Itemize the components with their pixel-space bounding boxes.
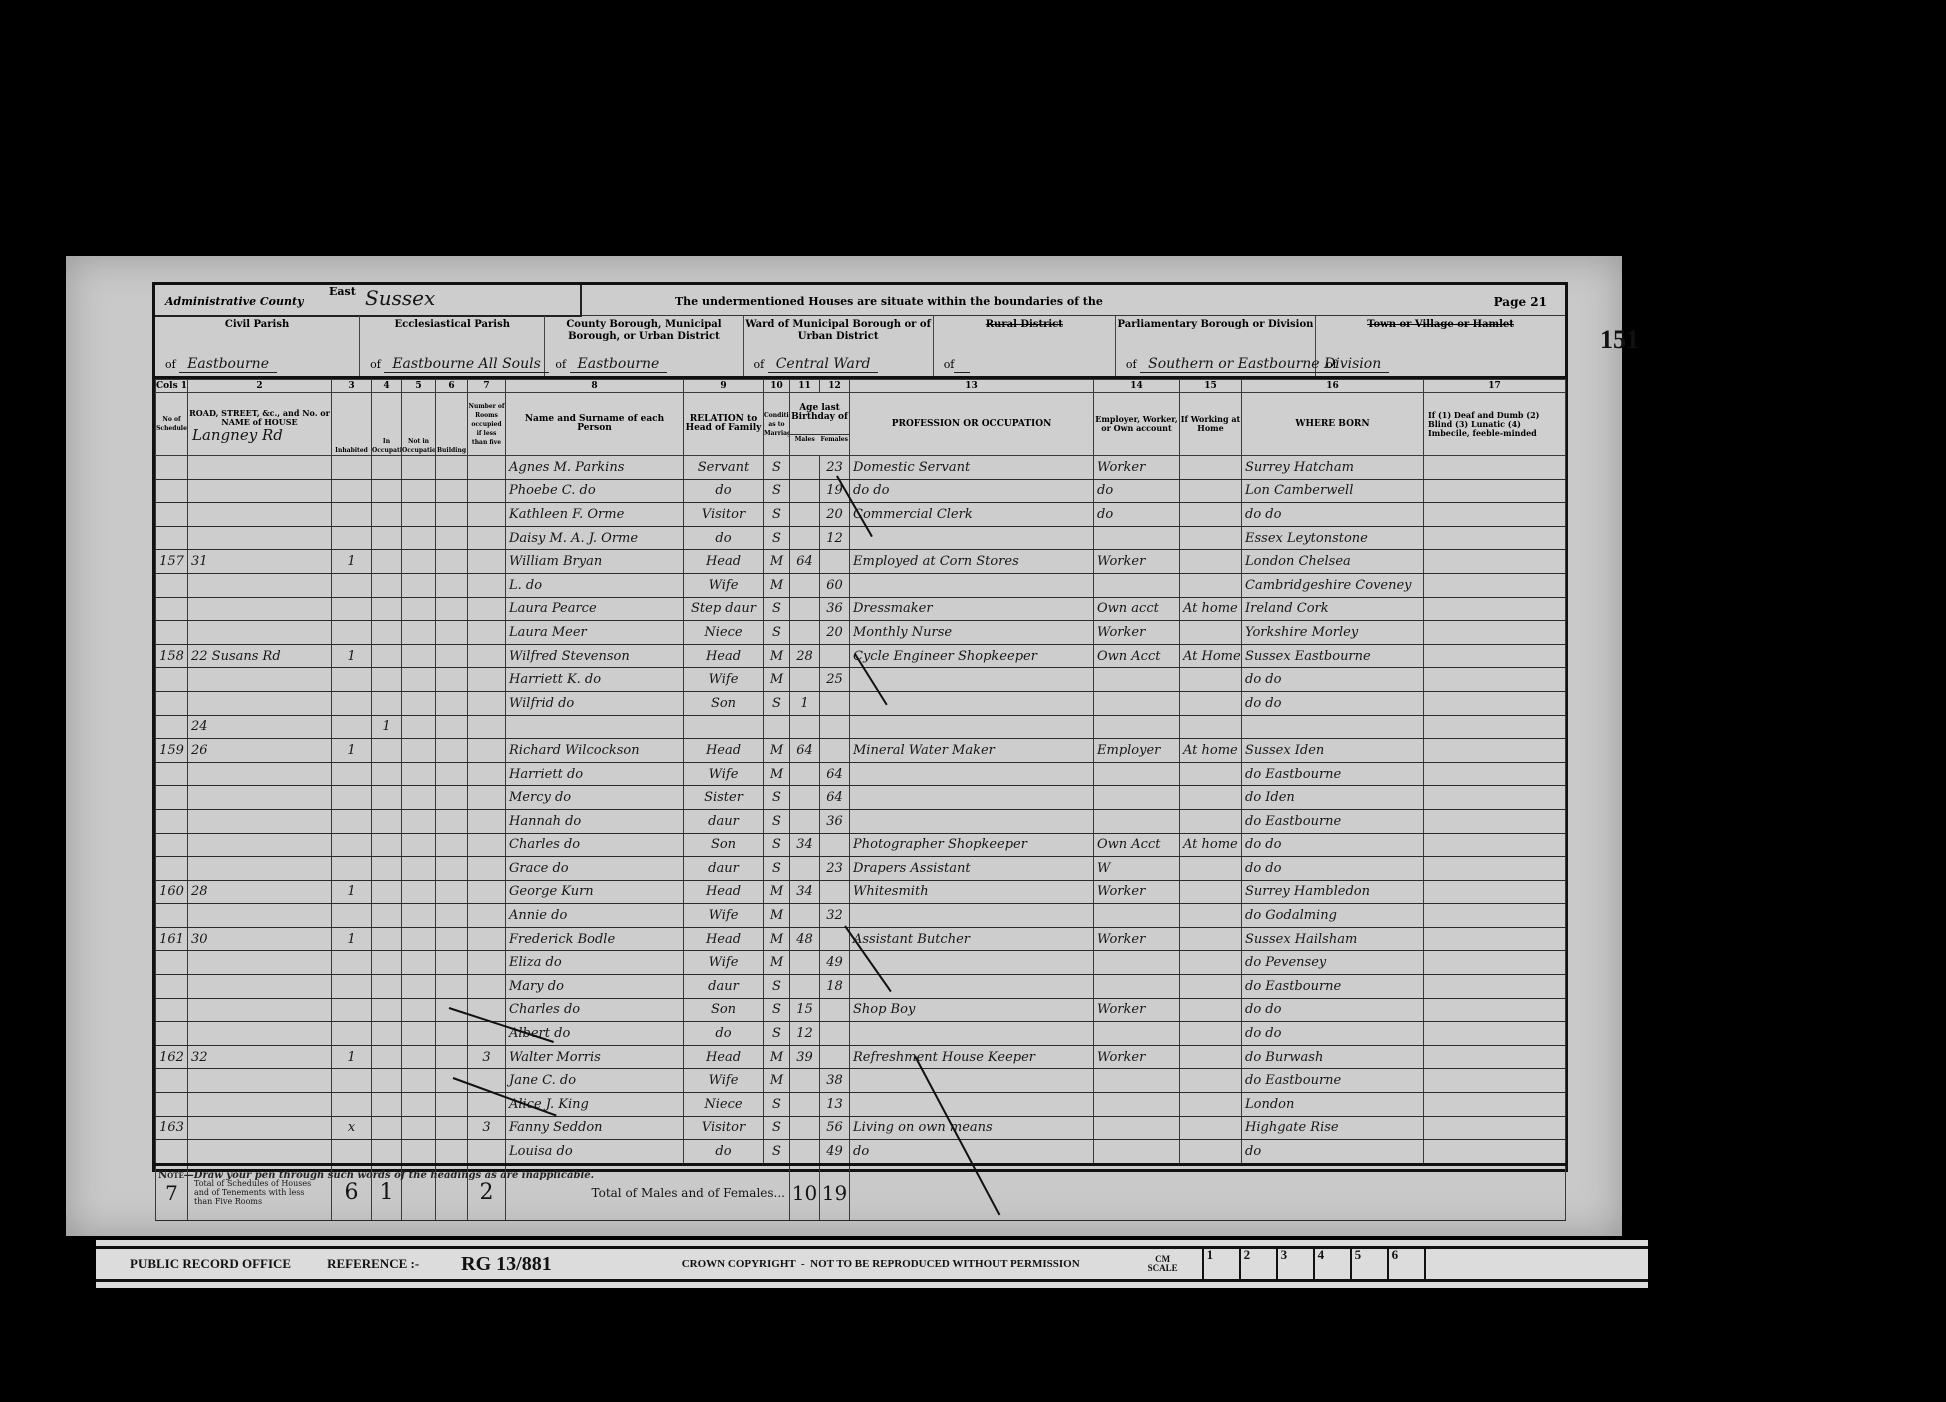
- cell-x5: [402, 951, 436, 975]
- cell-address: [188, 668, 332, 692]
- col-road: ROAD, STREET, &c., and No. or NAME of HO…: [188, 393, 332, 456]
- cell-x5: [402, 739, 436, 763]
- cell-born: Surrey Hambledon: [1242, 880, 1424, 904]
- cell-x5: [402, 975, 436, 999]
- cell-home: [1180, 857, 1242, 881]
- cell-inh: [332, 1140, 372, 1165]
- total-females: 19: [820, 1164, 850, 1220]
- cell-sched: [156, 715, 188, 739]
- cell-born: Ireland Cork: [1242, 597, 1424, 621]
- cell-relation: Head: [684, 880, 764, 904]
- cell-name: Louisa do: [506, 1140, 684, 1165]
- cell-address: [188, 786, 332, 810]
- cell-address: [188, 809, 332, 833]
- cell-x5: [402, 621, 436, 645]
- cell-x5: [402, 1116, 436, 1140]
- cell-infirm: [1424, 762, 1566, 786]
- cell-rooms: [468, 1140, 506, 1165]
- cell-relation: do: [684, 526, 764, 550]
- cell-sched: 158: [156, 644, 188, 668]
- division-value: Eastbourne: [570, 356, 668, 373]
- cell-relation: daur: [684, 857, 764, 881]
- cell-x6: [436, 715, 468, 739]
- note-prefix: Note—: [158, 1170, 194, 1181]
- cell-male: [790, 503, 820, 527]
- col-relation: RELATION to Head of Family: [684, 393, 764, 456]
- cell-x5: [402, 927, 436, 951]
- cell-employer: [1094, 715, 1180, 739]
- cell-cond: S: [764, 975, 790, 999]
- division-of-label: of: [165, 358, 176, 371]
- cell-name: Richard Wilcockson: [506, 739, 684, 763]
- cell-address: [188, 1116, 332, 1140]
- cell-x6: [436, 857, 468, 881]
- cell-cond: M: [764, 668, 790, 692]
- cell-born: London: [1242, 1093, 1424, 1117]
- cell-x6: [436, 597, 468, 621]
- cell-female: [820, 998, 850, 1022]
- cell-sched: [156, 1069, 188, 1093]
- cell-name: Annie do: [506, 904, 684, 928]
- cell-x5: [402, 998, 436, 1022]
- cell-cond: S: [764, 1140, 790, 1165]
- cell-employer: Own Acct: [1094, 833, 1180, 857]
- cell-cond: S: [764, 479, 790, 503]
- cell-address: 26: [188, 739, 332, 763]
- cell-employer: do: [1094, 503, 1180, 527]
- cell-rooms: [468, 786, 506, 810]
- cell-female: 60: [820, 573, 850, 597]
- cell-occupation: Whitesmith: [850, 880, 1094, 904]
- column-number: 12: [820, 380, 850, 393]
- cell-unocc: [372, 597, 402, 621]
- cell-x6: [436, 479, 468, 503]
- division-heading: Rural District: [934, 316, 1115, 331]
- cell-rooms: [468, 479, 506, 503]
- admin-county-label: Administrative County: [165, 295, 303, 308]
- cell-x6: [436, 739, 468, 763]
- cell-born: do Eastbourne: [1242, 809, 1424, 833]
- cell-rooms: [468, 904, 506, 928]
- cell-rooms: [468, 691, 506, 715]
- cell-address: [188, 573, 332, 597]
- cell-home: [1180, 998, 1242, 1022]
- cell-occupation: [850, 786, 1094, 810]
- cell-name: Hannah do: [506, 809, 684, 833]
- cell-male: 64: [790, 550, 820, 574]
- cell-inh: [332, 1069, 372, 1093]
- cell-relation: Visitor: [684, 503, 764, 527]
- column-number: 6: [436, 380, 468, 393]
- cell-relation: Wife: [684, 668, 764, 692]
- census-row: Agnes M. ParkinsServantS23Domestic Serva…: [156, 456, 1566, 480]
- cell-male: [790, 762, 820, 786]
- cell-occupation: [850, 904, 1094, 928]
- cell-rooms: 3: [468, 1045, 506, 1069]
- cell-employer: [1094, 573, 1180, 597]
- col-employer: Employer, Worker, or Own account: [1094, 393, 1180, 456]
- cell-male: [790, 1069, 820, 1093]
- cell-x5: [402, 550, 436, 574]
- cell-employer: [1094, 1093, 1180, 1117]
- cell-male: [790, 1140, 820, 1165]
- cell-unocc: [372, 621, 402, 645]
- cell-inh: [332, 833, 372, 857]
- scale-box: 2: [1239, 1247, 1276, 1281]
- cell-x6: [436, 809, 468, 833]
- cell-occupation: [850, 762, 1094, 786]
- cell-unocc: [372, 951, 402, 975]
- cell-address: 22 Susans Rd: [188, 644, 332, 668]
- cell-female: [820, 715, 850, 739]
- cell-home: At home: [1180, 739, 1242, 763]
- cell-relation: Niece: [684, 621, 764, 645]
- cell-male: [790, 479, 820, 503]
- cell-home: [1180, 526, 1242, 550]
- census-row: 241: [156, 715, 1566, 739]
- cell-sched: [156, 573, 188, 597]
- cell-unocc: 1: [372, 715, 402, 739]
- cell-born: Essex Leytonstone: [1242, 526, 1424, 550]
- cell-infirm: [1424, 644, 1566, 668]
- census-row: Annie doWifeM32do Godalming: [156, 904, 1566, 928]
- cell-born: do do: [1242, 998, 1424, 1022]
- cell-address: [188, 1140, 332, 1165]
- cell-relation: Son: [684, 998, 764, 1022]
- cell-male: [790, 1116, 820, 1140]
- cell-home: [1180, 691, 1242, 715]
- cell-cond: S: [764, 1093, 790, 1117]
- cell-sched: [156, 951, 188, 975]
- cell-infirm: [1424, 786, 1566, 810]
- cell-cond: M: [764, 1045, 790, 1069]
- cell-x6: [436, 526, 468, 550]
- cell-address: [188, 1069, 332, 1093]
- cell-born: do: [1242, 1140, 1424, 1165]
- cell-sched: [156, 1093, 188, 1117]
- division-of-label: of: [1126, 358, 1137, 371]
- cell-address: [188, 1022, 332, 1046]
- cell-infirm: [1424, 998, 1566, 1022]
- cell-unocc: [372, 1116, 402, 1140]
- cell-occupation: Dressmaker: [850, 597, 1094, 621]
- cell-sched: 159: [156, 739, 188, 763]
- cell-infirm: [1424, 715, 1566, 739]
- cell-employer: Employer: [1094, 739, 1180, 763]
- cell-x6: [436, 573, 468, 597]
- cell-male: [790, 597, 820, 621]
- cell-inh: [332, 526, 372, 550]
- cell-sched: [156, 833, 188, 857]
- cell-male: [790, 526, 820, 550]
- cell-male: [790, 456, 820, 480]
- division-3: Ward of Municipal Borough or of Urban Di…: [744, 316, 934, 376]
- cell-employer: Own acct: [1094, 597, 1180, 621]
- cell-x6: [436, 1022, 468, 1046]
- cell-cond: S: [764, 809, 790, 833]
- cell-relation: daur: [684, 975, 764, 999]
- cell-rooms: [468, 833, 506, 857]
- col-condition: Condition as to Marriage: [764, 393, 790, 456]
- cell-unocc: [372, 927, 402, 951]
- cell-employer: [1094, 1022, 1180, 1046]
- cell-employer: [1094, 668, 1180, 692]
- cell-relation: Head: [684, 644, 764, 668]
- cell-name: William Bryan: [506, 550, 684, 574]
- cell-infirm: [1424, 691, 1566, 715]
- cell-occupation: [850, 1022, 1094, 1046]
- division-4: Rural Districtof: [934, 316, 1116, 376]
- cell-born: Cambridgeshire Coveney: [1242, 573, 1424, 597]
- cell-male: [790, 1093, 820, 1117]
- footer-copyright: CROWN COPYRIGHT - NOT TO BE REPRODUCED W…: [682, 1258, 1080, 1270]
- cell-male: [790, 715, 820, 739]
- cell-cond: S: [764, 857, 790, 881]
- cell-female: 56: [820, 1116, 850, 1140]
- cell-born: do Eastbourne: [1242, 1069, 1424, 1093]
- cell-name: Harriett do: [506, 762, 684, 786]
- cell-x5: [402, 526, 436, 550]
- cell-sched: 162: [156, 1045, 188, 1069]
- cell-inh: x: [332, 1116, 372, 1140]
- cell-address: [188, 857, 332, 881]
- division-of-label: of: [1326, 358, 1337, 371]
- column-number: 14: [1094, 380, 1180, 393]
- col-not-in-occupation: Not in Occupation: [402, 393, 436, 456]
- cell-relation: Wife: [684, 573, 764, 597]
- cell-rooms: [468, 809, 506, 833]
- col-where-born: WHERE BORN: [1242, 393, 1424, 456]
- census-row: L. doWifeM60Cambridgeshire Coveney: [156, 573, 1566, 597]
- cell-home: [1180, 456, 1242, 480]
- column-number: 5: [402, 380, 436, 393]
- cell-x6: [436, 880, 468, 904]
- cell-home: At Home: [1180, 644, 1242, 668]
- census-row: Charles doSonS34Photographer ShopkeeperO…: [156, 833, 1566, 857]
- cell-born: do do: [1242, 503, 1424, 527]
- census-row: Laura MeerNieceS20Monthly NurseWorkerYor…: [156, 621, 1566, 645]
- cm-scale: 123456: [1190, 1247, 1493, 1281]
- cell-name: Frederick Bodle: [506, 927, 684, 951]
- cell-home: [1180, 573, 1242, 597]
- cell-born: Surrey Hatcham: [1242, 456, 1424, 480]
- cell-employer: [1094, 786, 1180, 810]
- cell-x5: [402, 597, 436, 621]
- cell-inh: [332, 904, 372, 928]
- cell-female: 20: [820, 503, 850, 527]
- scale-box: 6: [1387, 1247, 1424, 1281]
- cell-x5: [402, 668, 436, 692]
- census-row: 157311William BryanHeadM64Employed at Co…: [156, 550, 1566, 574]
- cell-cond: M: [764, 880, 790, 904]
- cell-cond: S: [764, 691, 790, 715]
- census-row: 159261Richard WilcocksonHeadM64Mineral W…: [156, 739, 1566, 763]
- cell-infirm: [1424, 503, 1566, 527]
- cell-born: Sussex Eastbourne: [1242, 644, 1424, 668]
- cell-infirm: [1424, 668, 1566, 692]
- cell-address: [188, 904, 332, 928]
- cell-female: [820, 1022, 850, 1046]
- cell-unocc: [372, 975, 402, 999]
- col-infirmity: If (1) Deaf and Dumb (2) Blind (3) Lunat…: [1424, 393, 1566, 456]
- cell-x6: [436, 927, 468, 951]
- cell-unocc: [372, 691, 402, 715]
- column-number: 13: [850, 380, 1094, 393]
- division-of: of: [944, 356, 971, 372]
- cell-male: [790, 951, 820, 975]
- column-headers: No of Schedule ROAD, STREET, &c., and No…: [156, 393, 1566, 456]
- division-heading: Town or Village or Hamlet: [1316, 316, 1565, 331]
- cell-born: Sussex Hailsham: [1242, 927, 1424, 951]
- footer-bar: PUBLIC RECORD OFFICE REFERENCE :- RG 13/…: [96, 1246, 1648, 1282]
- cell-occupation: Drapers Assistant: [850, 857, 1094, 881]
- scale-box: 4: [1313, 1247, 1350, 1281]
- census-table: Cols 1234567891011121314151617 No of Sch…: [155, 379, 1566, 1221]
- cell-female: 32: [820, 904, 850, 928]
- col-road-value: Langney Rd: [188, 427, 331, 440]
- census-row: Louisa dodoS49dodo: [156, 1140, 1566, 1165]
- cell-home: [1180, 621, 1242, 645]
- cell-born: Lon Camberwell: [1242, 479, 1424, 503]
- cell-inh: 1: [332, 880, 372, 904]
- cell-x5: [402, 644, 436, 668]
- division-6: Town or Village or Hamletof: [1316, 316, 1565, 376]
- cell-unocc: [372, 809, 402, 833]
- cell-relation: Visitor: [684, 1116, 764, 1140]
- cell-cond: S: [764, 621, 790, 645]
- cell-female: 38: [820, 1069, 850, 1093]
- cell-employer: Worker: [1094, 998, 1180, 1022]
- census-row: Laura PearceStep daurS36DressmakerOwn ac…: [156, 597, 1566, 621]
- cell-employer: [1094, 762, 1180, 786]
- cell-address: [188, 621, 332, 645]
- cell-cond: [764, 715, 790, 739]
- cell-infirm: [1424, 550, 1566, 574]
- cell-male: [790, 573, 820, 597]
- cell-relation: Head: [684, 1045, 764, 1069]
- cell-x5: [402, 833, 436, 857]
- cell-male: [790, 857, 820, 881]
- cell-home: [1180, 809, 1242, 833]
- cell-born: Yorkshire Morley: [1242, 621, 1424, 645]
- cell-infirm: [1424, 927, 1566, 951]
- cell-name: George Kurn: [506, 880, 684, 904]
- cell-male: [790, 809, 820, 833]
- cell-name: Charles do: [506, 998, 684, 1022]
- cell-sched: [156, 526, 188, 550]
- cell-sched: [156, 786, 188, 810]
- cell-unocc: [372, 550, 402, 574]
- census-row: 1623213Walter MorrisHeadM39Refreshment H…: [156, 1045, 1566, 1069]
- cell-infirm: [1424, 857, 1566, 881]
- cell-inh: [332, 691, 372, 715]
- cell-infirm: [1424, 621, 1566, 645]
- cell-name: Mary do: [506, 975, 684, 999]
- cell-born: do Pevensey: [1242, 951, 1424, 975]
- cell-occupation: Cycle Engineer Shopkeeper: [850, 644, 1094, 668]
- cell-inh: [332, 503, 372, 527]
- cell-inh: 1: [332, 644, 372, 668]
- cell-address: 32: [188, 1045, 332, 1069]
- cell-born: do Burwash: [1242, 1045, 1424, 1069]
- cell-female: 25: [820, 668, 850, 692]
- cell-female: [820, 691, 850, 715]
- division-value: [1337, 356, 1353, 373]
- cell-employer: do: [1094, 479, 1180, 503]
- cell-x5: [402, 904, 436, 928]
- cell-inh: [332, 456, 372, 480]
- column-number: 11: [790, 380, 820, 393]
- cell-address: [188, 833, 332, 857]
- cell-inh: [332, 1022, 372, 1046]
- cell-sched: [156, 503, 188, 527]
- folio-stamp: 151: [1600, 325, 1639, 355]
- form-header: Administrative County East Sussex The un…: [155, 285, 1565, 316]
- cell-occupation: Shop Boy: [850, 998, 1094, 1022]
- cell-x5: [402, 809, 436, 833]
- cell-address: [188, 951, 332, 975]
- cell-sched: [156, 621, 188, 645]
- cell-home: [1180, 479, 1242, 503]
- cell-inh: [332, 573, 372, 597]
- division-heading: Ecclesiastical Parish: [360, 316, 544, 331]
- cell-name: Eliza do: [506, 951, 684, 975]
- cell-inh: [332, 715, 372, 739]
- cell-female: 23: [820, 857, 850, 881]
- cell-rooms: [468, 597, 506, 621]
- cell-home: [1180, 1093, 1242, 1117]
- archive-footer: PUBLIC RECORD OFFICE REFERENCE :- RG 13/…: [96, 1240, 1648, 1288]
- cell-inh: [332, 479, 372, 503]
- cell-unocc: [372, 668, 402, 692]
- cell-x6: [436, 456, 468, 480]
- cell-sched: [156, 691, 188, 715]
- cell-occupation: [850, 668, 1094, 692]
- cell-infirm: [1424, 739, 1566, 763]
- cell-relation: do: [684, 479, 764, 503]
- cell-infirm: [1424, 951, 1566, 975]
- cell-name: Walter Morris: [506, 1045, 684, 1069]
- division-of-label: of: [370, 358, 381, 371]
- cell-name: Fanny Seddon: [506, 1116, 684, 1140]
- cell-name: Charles do: [506, 833, 684, 857]
- cell-inh: [332, 998, 372, 1022]
- cell-cond: S: [764, 833, 790, 857]
- cell-address: 24: [188, 715, 332, 739]
- cell-sched: [156, 857, 188, 881]
- total-blank: [850, 1164, 1566, 1220]
- cell-home: [1180, 975, 1242, 999]
- cell-x6: [436, 503, 468, 527]
- cell-infirm: [1424, 573, 1566, 597]
- cell-x5: [402, 762, 436, 786]
- cell-born: [1242, 715, 1424, 739]
- cell-born: do Godalming: [1242, 904, 1424, 928]
- cell-x5: [402, 573, 436, 597]
- cell-name: Laura Meer: [506, 621, 684, 645]
- boundary-text: The undermentioned Houses are situate wi…: [675, 295, 1103, 308]
- census-row: Hannah dodaurS36do Eastbourne: [156, 809, 1566, 833]
- cell-name: Jane C. do: [506, 1069, 684, 1093]
- total-males: 10: [790, 1164, 820, 1220]
- cell-infirm: [1424, 975, 1566, 999]
- division-2: County Borough, Municipal Borough, or Ur…: [545, 316, 743, 376]
- cell-male: [790, 786, 820, 810]
- cell-rooms: [468, 951, 506, 975]
- cell-x6: [436, 1093, 468, 1117]
- col-occupation: PROFESSION OR OCCUPATION: [850, 393, 1094, 456]
- cell-name: Grace do: [506, 857, 684, 881]
